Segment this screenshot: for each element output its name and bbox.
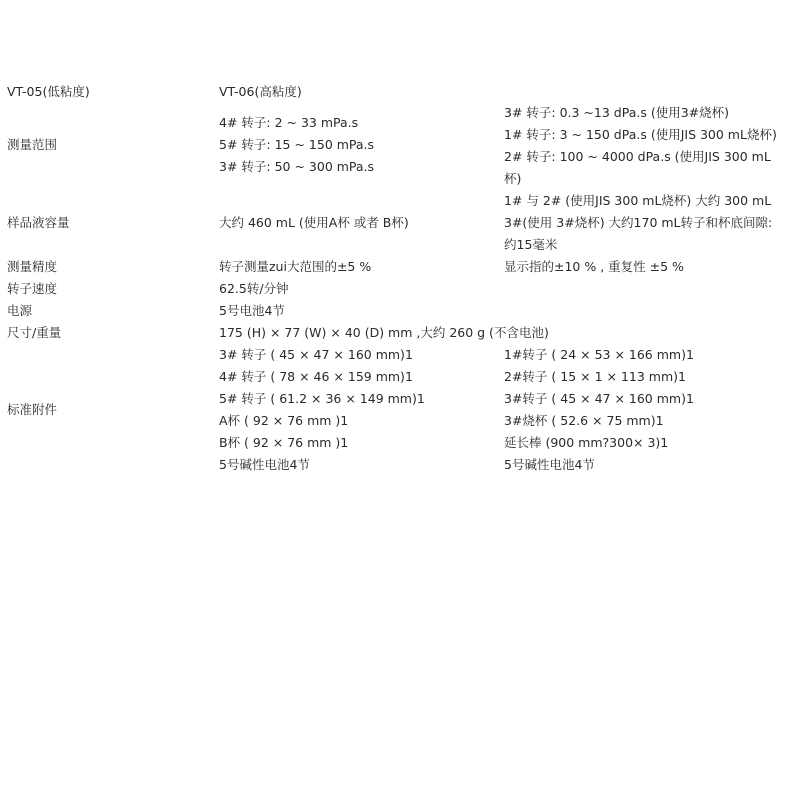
accessory-low-item: 3# 转子 ( 45 × 47 × 160 mm)1 — [219, 344, 413, 366]
range-low-line: 3# 转子: 50 ~ 300 mPa.s — [219, 156, 374, 178]
spec-comparison-table: VT-05(低粘度) VT-06(高粘度) 测量范围 4# 转子: 2 ~ 33… — [0, 0, 800, 800]
accessory-high-item: 5号碱性电池4节 — [504, 454, 595, 476]
rotor-speed-label: 转子速度 — [7, 278, 57, 300]
size-weight-value: 175 (H) × 77 (W) × 40 (D) mm ,大约 260 g (… — [219, 322, 549, 344]
accuracy-low: 转子测量zui大范围的±5 % — [219, 256, 371, 278]
accessory-high-item: 3#烧杯 ( 52.6 × 75 mm)1 — [504, 410, 664, 432]
accessory-low-item: 4# 转子 ( 78 × 46 × 159 mm)1 — [219, 366, 413, 388]
power-value: 5号电池4节 — [219, 300, 285, 322]
accessory-low-item: A杯 ( 92 × 76 mm )1 — [219, 410, 348, 432]
range-high-line: 3# 转子: 0.3 ~13 dPa.s (使用3#烧杯) — [504, 102, 729, 124]
range-low-line: 4# 转子: 2 ~ 33 mPa.s — [219, 112, 358, 134]
accuracy-label: 测量精度 — [7, 256, 57, 278]
range-label: 测量范围 — [7, 134, 57, 156]
sample-volume-high-line: 3#(使用 3#烧杯) 大约170 mL转子和杯底间隙: — [504, 212, 772, 234]
power-label: 电源 — [7, 300, 32, 322]
range-low-line: 5# 转子: 15 ~ 150 mPa.s — [219, 134, 374, 156]
sample-volume-low: 大约 460 mL (使用A杯 或者 B杯) — [219, 212, 409, 234]
range-high-line: 1# 转子: 3 ~ 150 dPa.s (使用JIS 300 mL烧杯) — [504, 124, 777, 146]
accessory-high-item: 延长棒 (900 mm?300× 3)1 — [504, 432, 668, 454]
accessory-high-item: 2#转子 ( 15 × 1 × 113 mm)1 — [504, 366, 686, 388]
range-high-line: 2# 转子: 100 ~ 4000 dPa.s (使用JIS 300 mL — [504, 146, 771, 168]
accessories-label: 标准附件 — [7, 399, 57, 421]
accessory-high-item: 3#转子 ( 45 × 47 × 160 mm)1 — [504, 388, 694, 410]
model-high-header: VT-06(高粘度) — [219, 81, 302, 103]
sample-volume-high-line: 约15毫米 — [504, 234, 557, 256]
accessory-low-item: 5# 转子 ( 61.2 × 36 × 149 mm)1 — [219, 388, 425, 410]
accessory-low-item: 5号碱性电池4节 — [219, 454, 310, 476]
accessory-high-item: 1#转子 ( 24 × 53 × 166 mm)1 — [504, 344, 694, 366]
sample-volume-high-line: 1# 与 2# (使用JIS 300 mL烧杯) 大约 300 mL — [504, 190, 771, 212]
accessory-low-item: B杯 ( 92 × 76 mm )1 — [219, 432, 348, 454]
rotor-speed-value: 62.5转/分钟 — [219, 278, 289, 300]
range-high-line: 杯) — [504, 168, 521, 190]
size-weight-label: 尺寸/重量 — [7, 322, 61, 344]
sample-volume-label: 样品液容量 — [7, 212, 70, 234]
model-low-header: VT-05(低粘度) — [7, 81, 90, 103]
accuracy-high: 显示指的±10 % , 重复性 ±5 % — [504, 256, 684, 278]
